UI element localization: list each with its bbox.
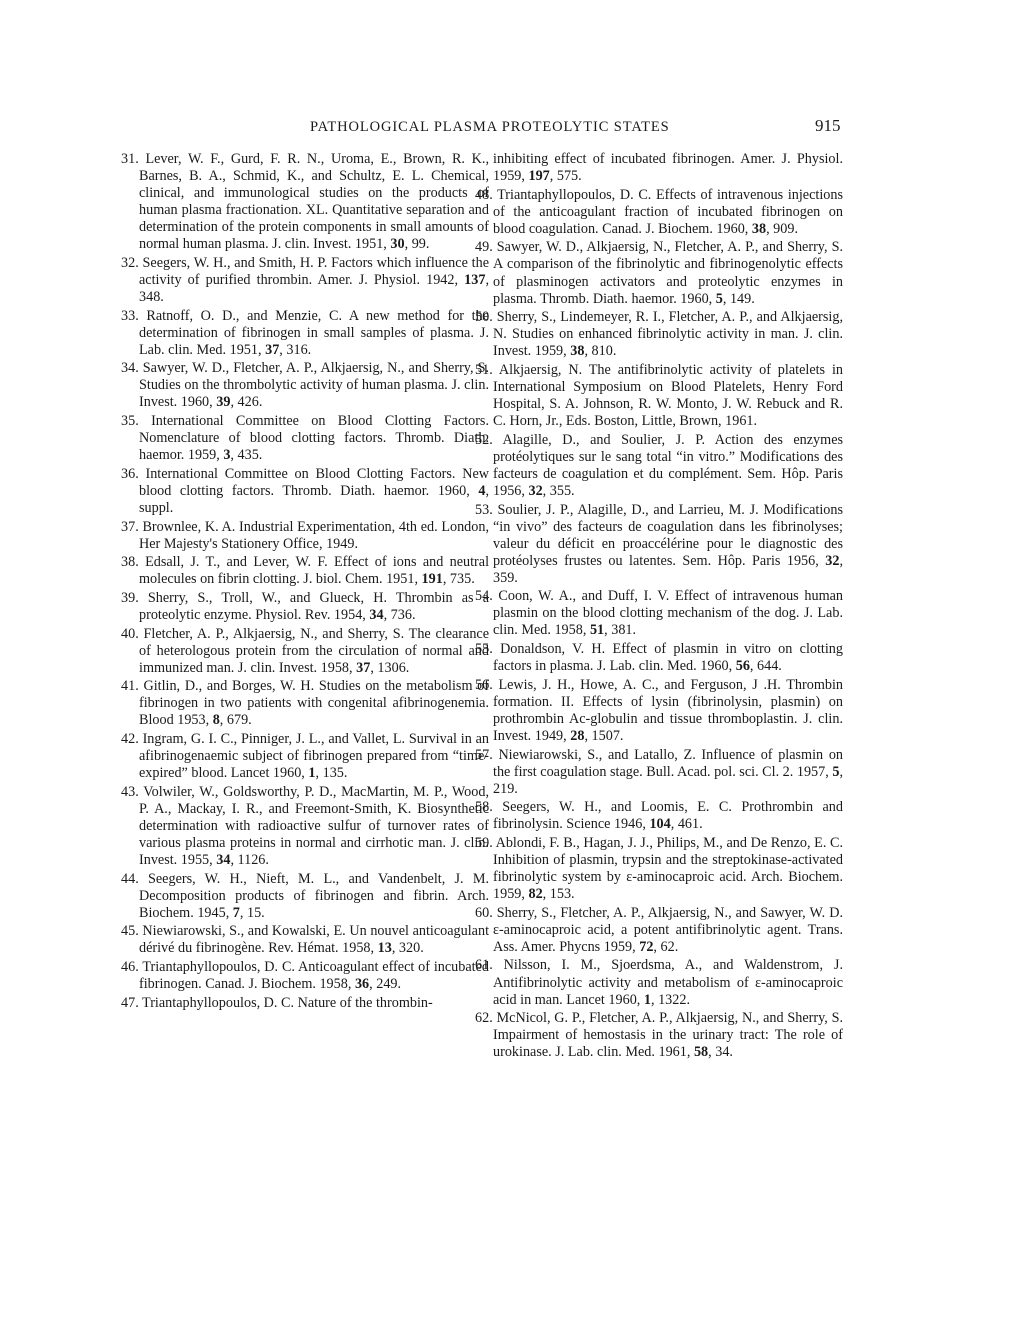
reference-number: 34.: [121, 360, 143, 376]
running-title: PATHOLOGICAL PLASMA PROTEOLYTIC STATES: [310, 119, 670, 136]
reference-text: Niewiarowski, S., and Kowalski, E. Un no…: [139, 923, 489, 956]
reference-entry: 36. International Committee on Blood Clo…: [121, 466, 489, 517]
reference-volume: 38: [752, 221, 766, 237]
reference-pages: , 644.: [750, 658, 782, 674]
reference-number: 38.: [121, 554, 145, 570]
reference-number: 43.: [121, 784, 143, 800]
reference-volume: 38: [570, 343, 584, 359]
reference-pages: , 1507.: [584, 728, 623, 744]
reference-pages: , 320.: [392, 940, 424, 956]
reference-text: Soulier, J. P., Alagille, D., and Larrie…: [493, 502, 843, 569]
reference-volume: 191: [422, 571, 443, 587]
reference-pages: , 735.: [443, 571, 475, 587]
reference-text: Volwiler, W., Goldsworthy, P. D., MacMar…: [139, 784, 489, 868]
reference-number: 45.: [121, 923, 142, 939]
reference-entry: 53. Soulier, J. P., Alagille, D., and La…: [475, 502, 843, 587]
reference-text: Gitlin, D., and Borges, W. H. Studies on…: [139, 678, 489, 728]
reference-volume: 28: [570, 728, 584, 744]
reference-pages: , 34.: [708, 1044, 733, 1060]
reference-number: 39.: [121, 590, 148, 606]
reference-volume: 13: [378, 940, 392, 956]
reference-entry: 42. Ingram, G. I. C., Pinniger, J. L., a…: [121, 731, 489, 782]
reference-text: McNicol, G. P., Fletcher, A. P., Alkjaer…: [493, 1010, 843, 1060]
reference-number: 61.: [475, 957, 504, 973]
reference-pages: , 99.: [405, 236, 430, 252]
reference-volume: 32: [825, 553, 839, 569]
reference-entry: 41. Gitlin, D., and Borges, W. H. Studie…: [121, 678, 489, 729]
reference-pages: , 909.: [766, 221, 798, 237]
reference-entry: 37. Brownlee, K. A. Industrial Experimen…: [121, 519, 489, 553]
reference-volume: 37: [356, 660, 370, 676]
reference-entry: 43. Volwiler, W., Goldsworthy, P. D., Ma…: [121, 784, 489, 869]
reference-entry: 35. International Committee on Blood Clo…: [121, 413, 489, 464]
reference-entry: 55. Donaldson, V. H. Effect of plasmin i…: [475, 641, 843, 675]
reference-entry: 51. Alkjaersig, N. The antifibrinolytic …: [475, 362, 843, 430]
reference-volume: 37: [265, 342, 279, 358]
reference-entry: 56. Lewis, J. H., Howe, A. C., and Fergu…: [475, 677, 843, 745]
reference-volume: 1: [644, 992, 651, 1008]
reference-text: Alkjaersig, N. The antifibrinolytic acti…: [493, 362, 843, 429]
reference-text: Niewiarowski, S., and Latallo, Z. Influe…: [493, 747, 843, 780]
reference-entry: 48. Triantaphyllopoulos, D. C. Effects o…: [475, 187, 843, 238]
reference-volume: 51: [590, 622, 604, 638]
reference-text: Seegers, W. H., and Smith, H. P. Factors…: [139, 255, 489, 288]
reference-pages: , 679.: [220, 712, 252, 728]
reference-pages: , 316.: [279, 342, 311, 358]
reference-entry: inhibiting effect of incubated fibrinoge…: [475, 151, 843, 185]
reference-pages: , 355.: [543, 483, 575, 499]
reference-volume: 36: [355, 976, 369, 992]
reference-text: Lever, W. F., Gurd, F. R. N., Uroma, E.,…: [139, 151, 489, 252]
reference-text: Seegers, W. H., Nieft, M. L., and Vanden…: [139, 871, 489, 921]
reference-volume: 8: [213, 712, 220, 728]
reference-number: 55.: [475, 641, 500, 657]
reference-pages: , 1126.: [230, 852, 269, 868]
reference-entry: 46. Triantaphyllopoulos, D. C. Anticoagu…: [121, 959, 489, 993]
reference-text: Ratnoff, O. D., and Menzie, C. A new met…: [139, 308, 489, 358]
reference-number: 40.: [121, 626, 143, 642]
reference-text: Lewis, J. H., Howe, A. C., and Ferguson,…: [493, 677, 843, 744]
reference-entry: 58. Seegers, W. H., and Loomis, E. C. Pr…: [475, 799, 843, 833]
reference-entry: 39. Sherry, S., Troll, W., and Glueck, H…: [121, 590, 489, 624]
reference-entry: 47. Triantaphyllopoulos, D. C. Nature of…: [121, 995, 489, 1012]
reference-number: 54.: [475, 588, 498, 604]
reference-text: Sawyer, W. D., Alkjaersig, N., Fletcher,…: [493, 239, 843, 306]
reference-pages: , 736.: [384, 607, 416, 623]
reference-number: 56.: [475, 677, 498, 693]
reference-number: 41.: [121, 678, 143, 694]
reference-number: 48.: [475, 187, 497, 203]
reference-text: Brownlee, K. A. Industrial Experimentati…: [139, 519, 489, 552]
reference-text: Sherry, S., Lindemeyer, R. I., Fletcher,…: [493, 309, 843, 359]
reference-pages: , 435.: [230, 447, 262, 463]
reference-entry: 38. Edsall, J. T., and Lever, W. F. Effe…: [121, 554, 489, 588]
reference-number: 36.: [121, 466, 145, 482]
reference-volume: 82: [528, 886, 542, 902]
reference-volume: 39: [216, 394, 230, 410]
reference-pages: , 135.: [316, 765, 348, 781]
reference-pages: , 426.: [230, 394, 262, 410]
reference-number: 59.: [475, 835, 496, 851]
reference-volume: 56: [736, 658, 750, 674]
reference-volume: 72: [639, 939, 653, 955]
reference-text: International Committee on Blood Clottin…: [139, 466, 489, 499]
reference-volume: 32: [528, 483, 542, 499]
reference-volume: 104: [649, 816, 670, 832]
reference-number: 46.: [121, 959, 142, 975]
reference-entry: 62. McNicol, G. P., Fletcher, A. P., Alk…: [475, 1010, 843, 1061]
reference-number: 37.: [121, 519, 142, 535]
reference-number: 49.: [475, 239, 497, 255]
reference-number: 47.: [121, 995, 142, 1011]
reference-entry: 54. Coon, W. A., and Duff, I. V. Effect …: [475, 588, 843, 639]
reference-pages: , 153.: [543, 886, 575, 902]
reference-entry: 60. Sherry, S., Fletcher, A. P., Alkjaer…: [475, 905, 843, 956]
reference-entry: 50. Sherry, S., Lindemeyer, R. I., Fletc…: [475, 309, 843, 360]
reference-volume: 30: [390, 236, 404, 252]
reference-number: 50.: [475, 309, 497, 325]
reference-volume: 197: [528, 168, 549, 184]
reference-pages: , 1322.: [651, 992, 690, 1008]
reference-pages: , 15.: [240, 905, 265, 921]
reference-entry: 49. Sawyer, W. D., Alkjaersig, N., Fletc…: [475, 239, 843, 307]
references-left-column: 31. Lever, W. F., Gurd, F. R. N., Uroma,…: [121, 151, 489, 1013]
reference-entry: 44. Seegers, W. H., Nieft, M. L., and Va…: [121, 871, 489, 922]
reference-entry: 59. Ablondi, F. B., Hagan, J. J., Philip…: [475, 835, 843, 903]
reference-entry: 61. Nilsson, I. M., Sjoerdsma, A., and W…: [475, 957, 843, 1008]
reference-pages: , 1306.: [370, 660, 409, 676]
reference-number: 35.: [121, 413, 151, 429]
reference-entry: 31. Lever, W. F., Gurd, F. R. N., Uroma,…: [121, 151, 489, 253]
reference-volume: 7: [233, 905, 240, 921]
reference-entry: 32. Seegers, W. H., and Smith, H. P. Fac…: [121, 255, 489, 306]
reference-text: Coon, W. A., and Duff, I. V. Effect of i…: [493, 588, 843, 638]
reference-number: 52.: [475, 432, 502, 448]
reference-pages: , 461.: [671, 816, 703, 832]
page-header: PATHOLOGICAL PLASMA PROTEOLYTIC STATES 9…: [0, 119, 1020, 139]
reference-entry: 33. Ratnoff, O. D., and Menzie, C. A new…: [121, 308, 489, 359]
reference-number: 31.: [121, 151, 145, 167]
reference-number: 33.: [121, 308, 146, 324]
reference-entry: 40. Fletcher, A. P., Alkjaersig, N., and…: [121, 626, 489, 677]
reference-number: 53.: [475, 502, 497, 518]
reference-volume: 5: [716, 291, 723, 307]
reference-volume: 34: [216, 852, 230, 868]
reference-volume: 34: [369, 607, 383, 623]
reference-pages: , 575.: [550, 168, 582, 184]
references-right-column: inhibiting effect of incubated fibrinoge…: [475, 151, 843, 1063]
reference-pages: , 810.: [584, 343, 616, 359]
reference-number: 57.: [475, 747, 498, 763]
reference-number: 42.: [121, 731, 143, 747]
reference-number: 58.: [475, 799, 502, 815]
page-number: 915: [815, 116, 841, 136]
reference-pages: , 381.: [604, 622, 636, 638]
reference-number: 62.: [475, 1010, 497, 1026]
reference-text: Sawyer, W. D., Fletcher, A. P., Alkjaers…: [139, 360, 489, 410]
reference-pages: , 62.: [653, 939, 678, 955]
reference-number: 51.: [475, 362, 499, 378]
reference-volume: 58: [694, 1044, 708, 1060]
reference-number: 32.: [121, 255, 143, 271]
reference-volume: 1: [308, 765, 315, 781]
reference-entry: 52. Alagille, D., and Soulier, J. P. Act…: [475, 432, 843, 500]
reference-text: Sherry, S., Troll, W., and Glueck, H. Th…: [139, 590, 489, 623]
reference-text: International Committee on Blood Clottin…: [139, 413, 489, 463]
reference-entry: 34. Sawyer, W. D., Fletcher, A. P., Alkj…: [121, 360, 489, 411]
reference-number: 60.: [475, 905, 497, 921]
reference-number: 44.: [121, 871, 148, 887]
reference-entry: 45. Niewiarowski, S., and Kowalski, E. U…: [121, 923, 489, 957]
reference-entry: 57. Niewiarowski, S., and Latallo, Z. In…: [475, 747, 843, 798]
reference-text: Triantaphyllopoulos, D. C. Anticoagulant…: [139, 959, 489, 992]
reference-pages: , 149.: [723, 291, 755, 307]
reference-text: Donaldson, V. H. Effect of plasmin in vi…: [493, 641, 843, 674]
reference-text: Fletcher, A. P., Alkjaersig, N., and She…: [139, 626, 489, 676]
reference-text: Triantaphyllopoulos, D. C. Nature of the…: [142, 995, 433, 1011]
reference-pages: , 249.: [369, 976, 401, 992]
